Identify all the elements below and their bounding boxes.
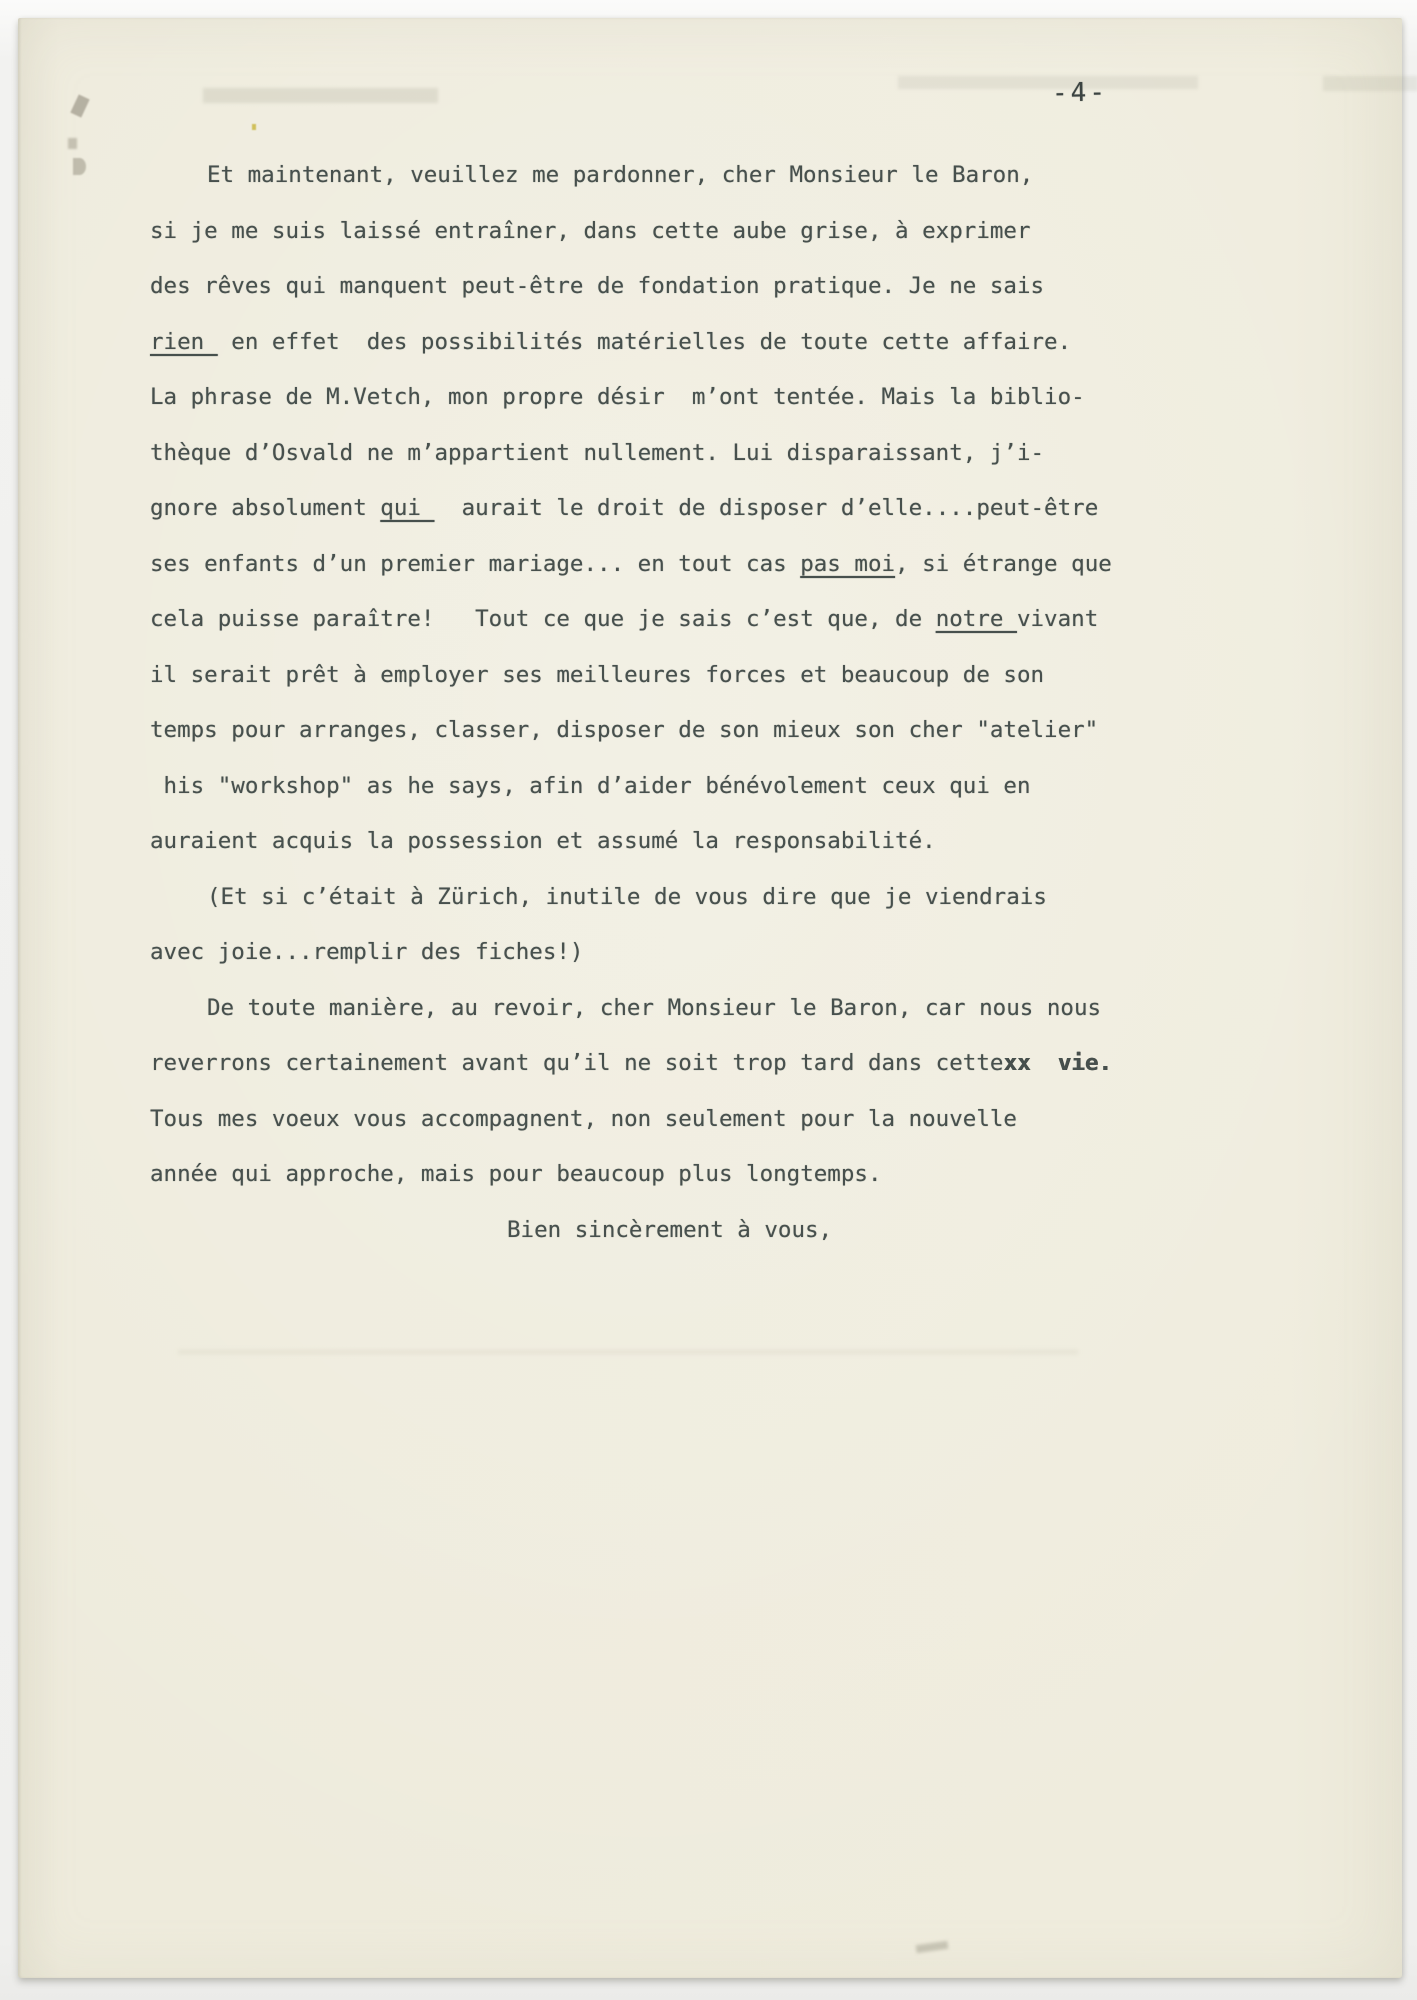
letter-line: gnore absolument qui aurait le droit de … (150, 481, 1180, 537)
letter-text-segment: , si étrange que (895, 551, 1112, 577)
letter-text-segment: xx (1003, 1050, 1030, 1076)
pencil-mark (70, 94, 89, 117)
letter-line: ses enfants d’un premier mariage... en t… (150, 537, 1180, 593)
letter-text-segment: notre (936, 606, 1017, 632)
letter-line: temps pour arranges, classer, disposer d… (150, 703, 1180, 759)
letter-line: il serait prêt à employer ses meilleures… (150, 648, 1180, 704)
letter-line: thèque d’Osvald ne m’appartient nullemen… (150, 426, 1180, 482)
letter-text-segment: année qui approche, mais pour beaucoup p… (150, 1161, 882, 1187)
letter-line: cela puisse paraître! Tout ce que je sai… (150, 592, 1180, 648)
letter-text-segment: il serait prêt à employer ses meilleures… (150, 662, 1044, 688)
letter-text-segment: vivant (1017, 606, 1098, 632)
letter-text-segment: thèque d’Osvald ne m’appartient nullemen… (150, 440, 1044, 466)
letter-text-segment: La phrase de M.Vetch, mon propre désir m… (150, 384, 1085, 410)
letter-body: Et maintenant, veuillez me pardonner, ch… (150, 148, 1180, 1258)
faded-stamp-mark (203, 88, 438, 103)
letter-text-segment: vie. (1058, 1050, 1112, 1076)
faded-stamp-mark (898, 76, 1198, 89)
letter-text-segment: pas moi (800, 551, 895, 577)
letter-text-segment: Et maintenant, veuillez me pardonner, ch… (207, 162, 1033, 188)
letter-text-segment: De toute manière, au revoir, cher Monsie… (207, 995, 1101, 1021)
letter-text-segment: auraient acquis la possession et assumé … (150, 828, 936, 854)
pencil-mark (73, 158, 86, 175)
scan-background: -4- Et maintenant, veuillez me pardonner… (0, 0, 1417, 2000)
letter-line: Et maintenant, veuillez me pardonner, ch… (150, 148, 1180, 204)
letter-line: avec joie...remplir des fiches!) (150, 925, 1180, 981)
letter-line: his "workshop" as he says, afin d’aider … (150, 759, 1180, 815)
letter-line: La phrase de M.Vetch, mon propre désir m… (150, 370, 1180, 426)
letter-text-segment: his "workshop" as he says, afin d’aider … (150, 773, 1031, 799)
letter-text-segment: cela puisse paraître! Tout ce que je sai… (150, 606, 936, 632)
letter-text-segment (1031, 1050, 1058, 1076)
faded-stamp-mark (1323, 76, 1417, 91)
paper-speck (252, 124, 256, 130)
letter-line: année qui approche, mais pour beaucoup p… (150, 1147, 1180, 1203)
letter-line: Bien sincèrement à vous, (150, 1203, 1180, 1259)
letter-text-segment: des rêves qui manquent peut-être de fond… (150, 273, 1044, 299)
letter-text-segment: si je me suis laissé entraîner, dans cet… (150, 218, 1031, 244)
letter-line: Tous mes voeux vous accompagnent, non se… (150, 1092, 1180, 1148)
scan-streak (178, 1350, 1078, 1354)
letter-text-segment: rien (150, 329, 218, 355)
letter-text-segment: qui (380, 495, 434, 521)
letter-text-segment: ses enfants d’un premier mariage... en t… (150, 551, 800, 577)
letter-line: De toute manière, au revoir, cher Monsie… (150, 981, 1180, 1037)
ink-smudge (916, 1941, 949, 1953)
letter-line: auraient acquis la possession et assumé … (150, 814, 1180, 870)
page-number: -4- (1052, 78, 1108, 109)
letter-text-segment: Bien sincèrement à vous, (507, 1217, 832, 1243)
letter-text-segment: (Et si c’était à Zürich, inutile de vous… (207, 884, 1047, 910)
letter-line: des rêves qui manquent peut-être de fond… (150, 259, 1180, 315)
letter-line: reverrons certainement avant qu’il ne so… (150, 1036, 1180, 1092)
letter-text-segment: aurait le droit de disposer d’elle....pe… (434, 495, 1098, 521)
letter-text-segment: temps pour arranges, classer, disposer d… (150, 717, 1098, 743)
letter-line: rien en effet des possibilités matériell… (150, 315, 1180, 371)
letter-text-segment: avec joie...remplir des fiches!) (150, 939, 583, 965)
letter-text-segment: Tous mes voeux vous accompagnent, non se… (150, 1106, 1017, 1132)
letter-line: (Et si c’était à Zürich, inutile de vous… (150, 870, 1180, 926)
letter-line: si je me suis laissé entraîner, dans cet… (150, 204, 1180, 260)
letter-text-segment: reverrons certainement avant qu’il ne so… (150, 1050, 1003, 1076)
letter-text-segment: gnore absolument (150, 495, 380, 521)
letter-text-segment: en effet des possibilités matérielles de… (218, 329, 1071, 355)
pencil-mark (68, 138, 77, 149)
